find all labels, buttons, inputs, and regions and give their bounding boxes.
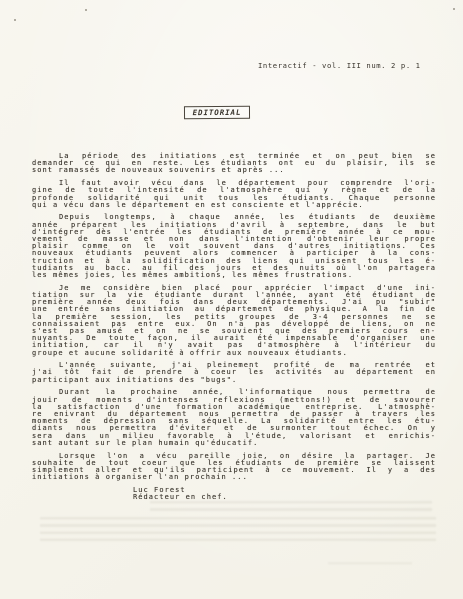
text-line: initiations à organiser l'an prochain ..… [32,474,436,481]
bleedthrough-text [328,562,412,569]
text-line: groupe et aucune solidarité à offrir aux… [32,350,436,357]
paragraph: Je me considère bien placé pour apprécie… [32,285,436,357]
paragraph: Il faut avoir vécu dans le département p… [32,180,436,209]
scanned-document-page: Interactif - vol. III num. 2 p. 1 EDITOR… [0,0,463,599]
editorial-title-box: EDITORIAL [184,106,250,119]
paragraph: La période des initiations est terminée … [32,153,436,175]
document-body: La période des initiations est terminée … [32,153,436,501]
editorial-title: EDITORIAL [193,108,242,117]
text-line: les mêmes joies, les mêmes ambitions, le… [32,272,436,279]
paragraph: Lorsque l'on a vécu pareille joie, on dé… [32,453,436,482]
text-line: sont ramassés de nouveaux souvenirs et a… [32,167,436,174]
bleedthrough-text [150,501,432,511]
page-header: Interactif - vol. III num. 2 p. 1 [258,61,421,70]
paragraph: Depuis longtemps, à chaque année, les ét… [32,214,436,279]
paper-speck [453,8,455,10]
paper-speck [14,19,16,21]
bleedthrough-text [40,517,436,546]
signature-block: Luc Forest Rédacteur en chef. [133,487,436,501]
text-line: sant autant sur le plan humain qu'éducat… [32,440,436,447]
signature-title: Rédacteur en chef. [133,494,436,501]
paragraph: Durant la prochaine année, l'informatiqu… [32,389,436,447]
paper-speck [85,9,87,11]
text-line: qui a vécu dans le département en est co… [32,202,436,209]
text-line: participant aux initiations des "bugs". [32,377,436,384]
paragraph: L'année suivante, j'ai pleinement profit… [32,362,436,384]
